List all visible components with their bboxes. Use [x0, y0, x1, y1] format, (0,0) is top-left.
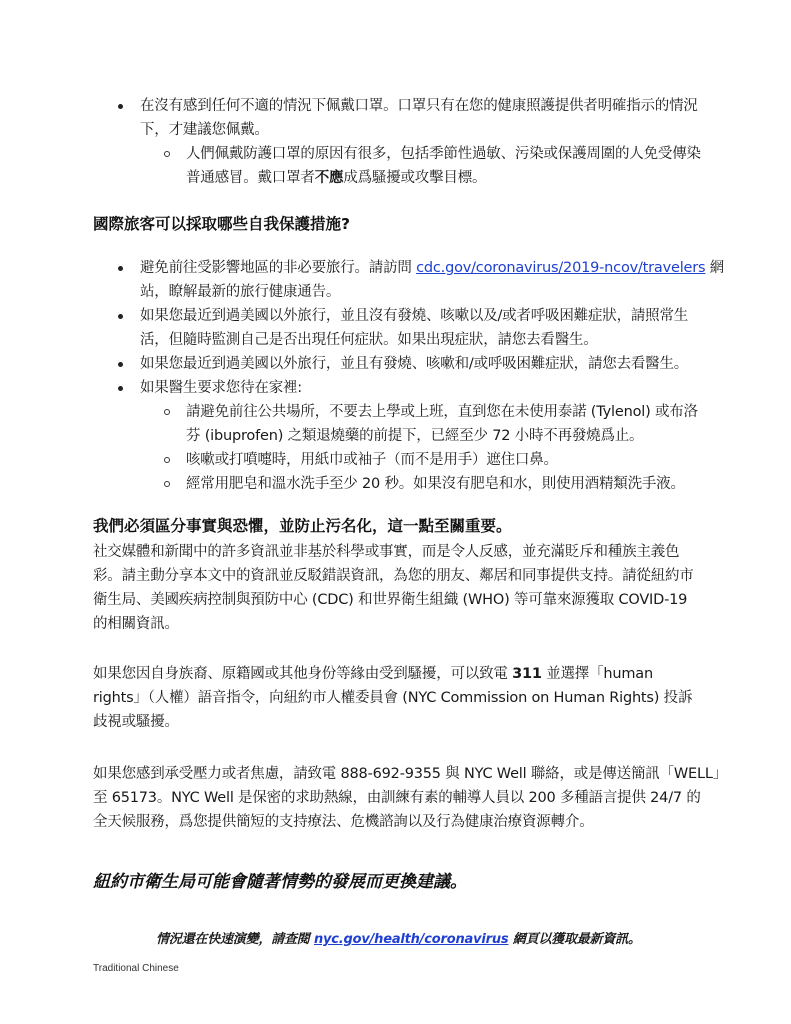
sub-bullet-text: 芬 (ibuprofen) 之類退燒藥的前提下，已經至少 72 小時不再發燒爲止… [186, 424, 643, 448]
sub-bullet-icon [164, 481, 170, 487]
sub-bullet-icon [164, 457, 170, 463]
sub-bullet-text: 經常用肥皂和溫水洗手至少 20 秒。如果沒有肥皂和水，則使用酒精類洗手液。 [186, 472, 685, 496]
hotline-number: 311 [512, 666, 542, 682]
bullet-text: 活，但隨時監測自己是否出現任何症狀。如果出現症狀，請您去看醫生。 [140, 328, 598, 352]
text-span: 成爲騷擾或攻擊目標。 [343, 170, 486, 186]
text-span: 如果您因自身族裔、原籍國或其他身份等緣由受到騷擾，可以致電 [93, 666, 512, 682]
bullet-icon [118, 314, 123, 319]
sub-bullet-text: 咳嗽或打噴嚏時，用紙巾或袖子（而不是用手）遮住口鼻。 [186, 448, 558, 472]
bullet-text: 在沒有感到任何不適的情況下佩戴口罩。口罩只有在您的健康照護提供者明確指示的情況 [140, 94, 698, 118]
paragraph-line: 如果您因自身族裔、原籍國或其他身份等緣由受到騷擾，可以致電 311 並選擇「hu… [93, 662, 653, 686]
paragraph-line: 衛生局、美國疾病控制與預防中心 (CDC) 和世界衛生組織 (WHO) 等可靠來… [93, 588, 687, 612]
bullet-text: 站，瞭解最新的旅行健康通告。 [140, 280, 340, 304]
paragraph-line: 社交媒體和新聞中的許多資訊並非基於科學或事實，而是令人反感，並充滿貶斥和種族主義… [93, 540, 679, 564]
language-label: Traditional Chinese [93, 963, 179, 974]
paragraph-line: 至 65173。NYC Well 是保密的求助熱線，由訓練有素的輔導人員以 20… [93, 786, 701, 810]
sub-bullet-text: 人們佩戴防護口罩的原因有很多，包括季節性過敏、污染或保護周圍的人免受傳染 [186, 142, 701, 166]
bullet-text: 如果您最近到過美國以外旅行，並且有發燒、咳嗽和/或呼吸困難症狀，請您去看醫生。 [140, 352, 688, 376]
paragraph-line: rights」（人權）語音指令，向紐約市人權委員會 (NYC Commissio… [93, 686, 692, 710]
document-page: 在沒有感到任何不適的情況下佩戴口罩。口罩只有在您的健康照護提供者明確指示的情況 … [0, 0, 791, 1024]
paragraph-line: 歧視或騷擾。 [93, 710, 179, 734]
text-span: 網頁以獲取最新資訊。 [508, 932, 640, 947]
paragraph-line: 的相關資訊。 [93, 612, 179, 636]
sub-bullet-text: 請避免前往公共場所，不要去上學或上班，直到您在未使用泰諾 (Tylenol) 或… [186, 400, 698, 424]
paragraph-line: 如果您感到承受壓力或者焦慮，請致電 888-692-9355 與 NYC Wel… [93, 762, 727, 786]
sub-bullet-text: 普通感冒。戴口罩者不應成爲騷擾或攻擊目標。 [186, 166, 486, 190]
text-span: 普通感冒。戴口罩者 [186, 170, 315, 186]
text-span: 網 [705, 260, 724, 276]
bullet-icon [118, 104, 123, 109]
text-span: 情況還在快速演變，請查閱 [156, 932, 314, 947]
bullet-text: 避免前往受影響地區的非必要旅行。請訪問 cdc.gov/coronavirus/… [140, 256, 724, 280]
bullet-text: 如果醫生要求您待在家裡: [140, 376, 302, 400]
emphasis-text: 不應 [315, 170, 344, 186]
text-span: 並選擇「human [542, 666, 653, 682]
bullet-text: 下，才建議您佩戴。 [140, 118, 269, 142]
bullet-icon [118, 266, 123, 271]
section-heading: 我們必須區分事實與恐懼，並防止污名化，這一點至關重要。 [93, 514, 512, 538]
text-span: 避免前往受影響地區的非必要旅行。請訪問 [140, 260, 416, 276]
notice-text: 紐約市衛生局可能會隨著情勢的發展而更換建議。 [93, 870, 467, 894]
paragraph-line: 彩。請主動分享本文中的資訊並反駁錯誤資訊，為您的朋友、鄰居和同事提供支持。請從紐… [93, 564, 694, 588]
bullet-text: 如果您最近到過美國以外旅行，並且沒有發燒、咳嗽以及/或者呼吸困難症狀，請照常生 [140, 304, 688, 328]
section-heading: 國際旅客可以採取哪些自我保護措施? [93, 212, 350, 236]
sub-bullet-icon [164, 151, 170, 157]
sub-bullet-icon [164, 409, 170, 415]
paragraph-line: 全天候服務，爲您提供簡短的支持療法、危機諮詢以及行為健康治療資源轉介。 [93, 810, 594, 834]
bullet-icon [118, 386, 123, 391]
cdc-travelers-link[interactable]: cdc.gov/coronavirus/2019-ncov/travelers [416, 260, 705, 276]
footer-note: 情況還在快速演變，請查閱 nyc.gov/health/coronavirus … [156, 928, 641, 952]
bullet-icon [118, 362, 123, 367]
nyc-health-link[interactable]: nyc.gov/health/coronavirus [314, 932, 509, 947]
